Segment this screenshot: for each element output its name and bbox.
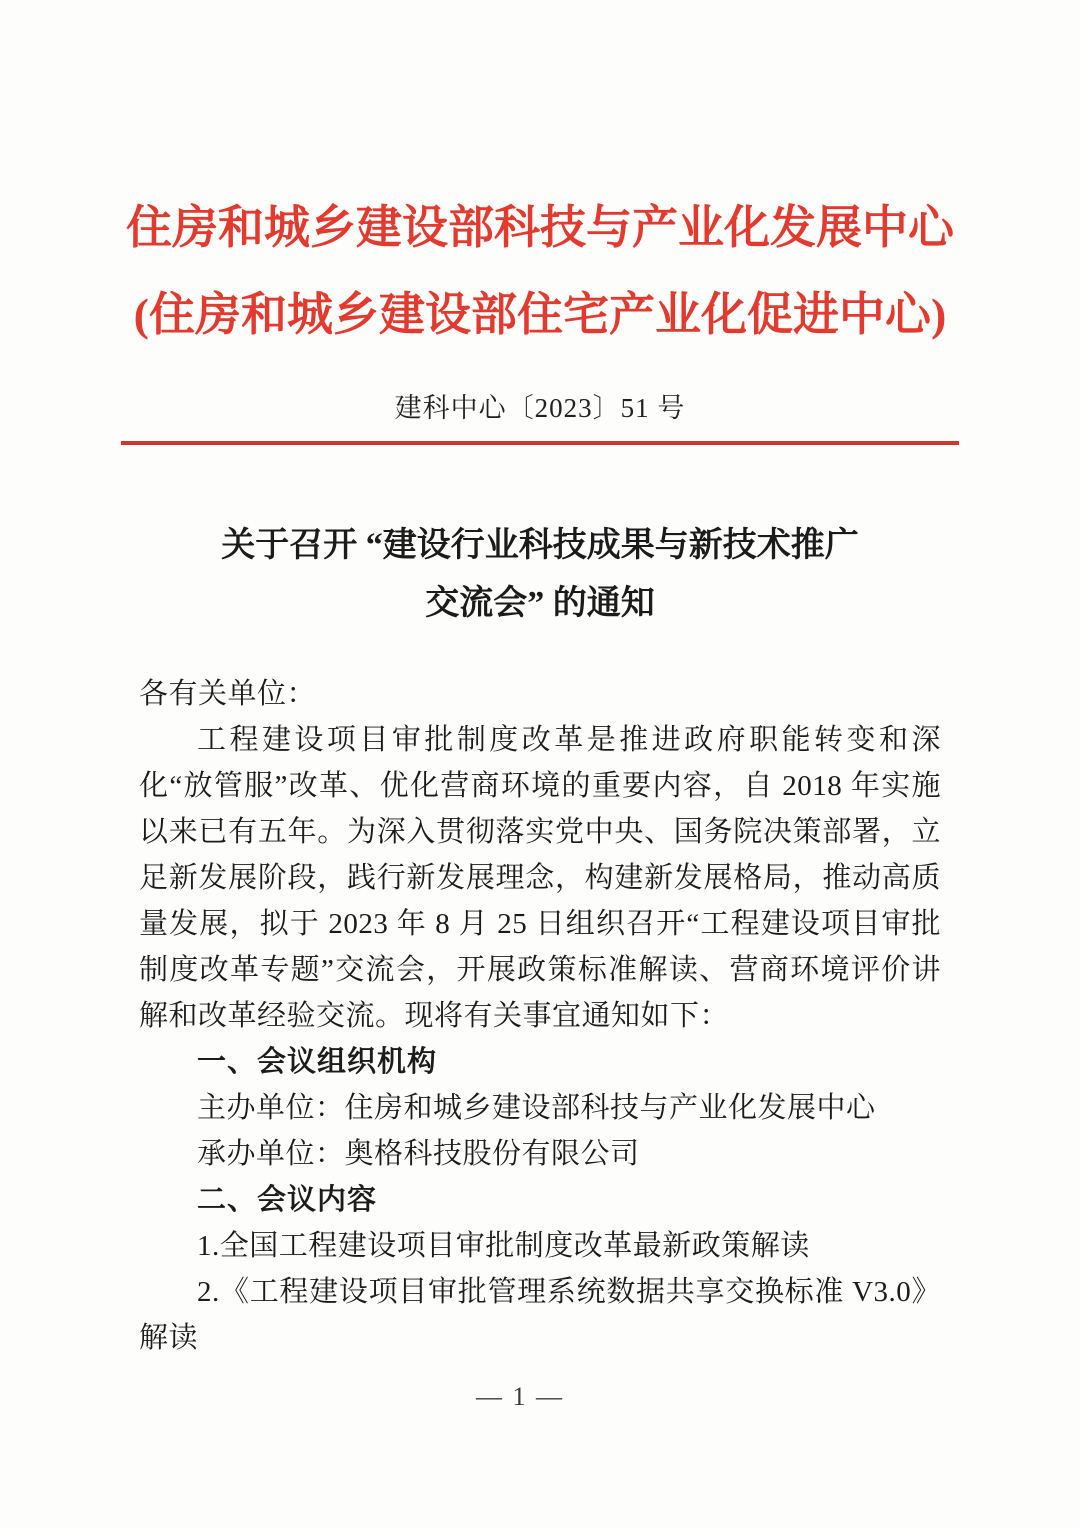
notice-title-line2: 交流会” 的通知 — [0, 575, 1080, 633]
intro-paragraph: 工程建设项目审批制度改革是推进政府职能转变和深化“放管服”改革、优化营商环境的重… — [139, 717, 941, 1039]
notice-title: 关于召开 “建设行业科技成果与新技术推广 交流会” 的通知 — [0, 517, 1080, 633]
host-unit-line: 主办单位：住房和城乡建设部科技与产业化发展中心 — [139, 1085, 941, 1131]
organizer-unit-line: 承办单位：奥格科技股份有限公司 — [139, 1131, 941, 1177]
document-page: 住房和城乡建设部科技与产业化发展中心 (住房和城乡建设部住宅产业化促进中心) 建… — [0, 0, 1080, 1528]
red-divider-rule — [121, 441, 959, 445]
letterhead-line2: (住房和城乡建设部住宅产业化促进中心) — [0, 271, 1080, 358]
document-number: 建科中心〔2023〕51 号 — [0, 386, 1080, 425]
notice-body: 各有关单位： 工程建设项目审批制度改革是推进政府职能转变和深化“放管服”改革、优… — [139, 671, 941, 1361]
letterhead-line1: 住房和城乡建设部科技与产业化发展中心 — [0, 184, 1080, 271]
agenda-item-1: 1.全国工程建设项目审批制度改革最新政策解读 — [139, 1223, 941, 1269]
page-number: — 1 — — [0, 1382, 1040, 1412]
agenda-item-2: 2.《工程建设项目审批管理系统数据共享交换标准 V3.0》解读 — [139, 1269, 941, 1361]
letterhead: 住房和城乡建设部科技与产业化发展中心 (住房和城乡建设部住宅产业化促进中心) — [0, 0, 1080, 358]
notice-title-line1: 关于召开 “建设行业科技成果与新技术推广 — [0, 517, 1080, 575]
salutation: 各有关单位： — [139, 671, 941, 717]
section1-heading: 一、会议组织机构 — [139, 1039, 941, 1085]
section2-heading: 二、会议内容 — [139, 1177, 941, 1223]
